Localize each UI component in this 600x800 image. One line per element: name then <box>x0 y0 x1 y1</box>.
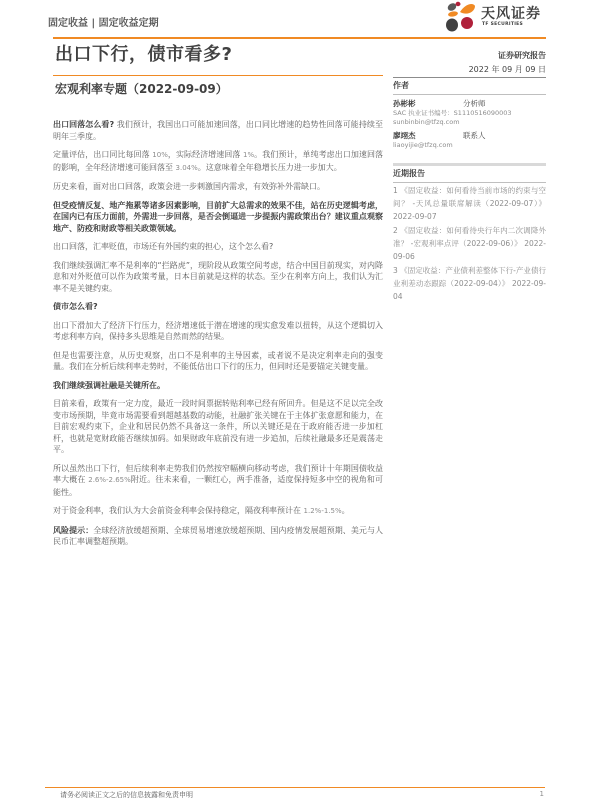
footer-rule <box>45 787 545 788</box>
report-date: 2022 年 09 月 09 日 <box>469 64 546 75</box>
recent-reports-panel: 近期报告 1 《固定收益：如何看待当前市场的约束与空间？ -天风总量联席解读（2… <box>393 163 546 303</box>
paragraph: 我们继续强调汇率不是利率的“拦路虎”，现阶段从政策空间考虑，结合中国目前现实，对… <box>53 260 383 295</box>
recent-report-link[interactable]: 2 《固定收益：如何看待央行年内二次调降外准？ -宏观利率点评（2022-09-… <box>393 224 546 263</box>
recent-report-link[interactable]: 1 《固定收益：如何看待当前市场的约束与空间？ -天风总量联席解读（2022-0… <box>393 184 546 223</box>
author-role: 联系人 <box>463 130 486 141</box>
disclaimer-note: 请务必阅读正文之后的信息披露和免责申明 <box>60 790 193 800</box>
paragraph: 历史来看，面对出口回落，政策会进一步刺激国内需求，有效弥补外需缺口。 <box>53 181 383 193</box>
brand-name-cn: 天风证券 <box>481 3 541 23</box>
author-role: 分析师 <box>463 98 486 109</box>
author-row: 孙彬彬 分析师 <box>393 98 546 109</box>
recent-reports-heading: 近期报告 <box>393 163 546 183</box>
page-number: 1 <box>540 790 544 798</box>
authors-heading: 作者 <box>393 77 546 95</box>
tf-logo-icon <box>443 0 477 34</box>
paragraph-lead: 风险提示： <box>53 526 93 535</box>
paragraph: 出口回落，汇率贬值，市场还有外国约束的担心，这个怎么看? <box>53 241 383 253</box>
risk-warning: 风险提示：全球经济放缓超预期、全球贸易增速放缓超预期、国内疫情发展超预期、美元与… <box>53 525 383 548</box>
paragraph-bold: 但受疫情反复、地产拖累等诸多因素影响，目前扩大总需求的效果不佳，站在历史逻辑考虑… <box>53 200 383 235</box>
category-breadcrumb: 固定收益 | 固定收益定期 <box>48 14 159 29</box>
report-type: 证券研究报告 <box>498 50 546 61</box>
recent-report-link[interactable]: 3 《固定收益：产业债利差整体下行-产业债行业利差动态跟踪（2022-09-04… <box>393 264 546 303</box>
report-body: 出口回落怎么看? 我们预计，我国出口可能加速回落，出口同比增速的趋势性回落可能持… <box>53 119 383 555</box>
brand-name-en: TF SECURITIES <box>482 22 523 27</box>
author-panel: 作者 孙彬彬 分析师 SAC 执业证书编号：S1110516090003 sun… <box>393 77 546 150</box>
report-subtitle: 宏观利率专题（2022-09-09） <box>55 80 228 97</box>
author-cert: SAC 执业证书编号：S1110516090003 <box>393 109 546 118</box>
author-row: 廖翊杰 联系人 <box>393 130 546 141</box>
paragraph: 出口回落怎么看? 我们预计，我国出口可能加速回落，出口同比增速的趋势性回落可能持… <box>53 119 383 142</box>
paragraph: 但是也需要注意，从历史观察，出口不是利率的主导因素，或者说不是决定利率走向的强变… <box>53 350 383 373</box>
author-email[interactable]: sunbinbin@tfzq.com <box>393 118 546 127</box>
paragraph: 定量评估，出口同比每回落 10%，实际经济增速回落 1%。我们预计，单纯考虑出口… <box>53 149 383 174</box>
paragraph-lead: 出口回落怎么看? <box>53 120 114 129</box>
section-heading: 我们继续强调社融是关键所在。 <box>53 380 383 392</box>
page-title: 出口下行，债市看多? <box>55 40 232 66</box>
paragraph: 所以虽然出口下行，但后续利率走势我们仍然按窄幅横向移动考虑，我们预计十年期国债收… <box>53 463 383 499</box>
paragraph: 出口下滑加大了经济下行压力，经济增速低于潜在增速的现实愈发难以扭转，从这个逻辑切… <box>53 320 383 343</box>
section-heading: 债市怎么看? <box>53 301 383 313</box>
author-name: 廖翊杰 <box>393 130 463 141</box>
header-rule <box>53 37 546 39</box>
author-name: 孙彬彬 <box>393 98 463 109</box>
brand-logo: 天风证券 TF SECURITIES <box>443 0 563 34</box>
subtitle-rule <box>53 75 383 76</box>
paragraph: 目前来看，政策有一定力度，最近一段时间票据转贴利率已经有所回升。但是这不足以完全… <box>53 398 383 456</box>
author-email[interactable]: liaoyijie@tfzq.com <box>393 141 546 150</box>
paragraph: 对于资金利率，我们认为大会前资金利率会保持稳定，隔夜利率预计在 1.2%-1.5… <box>53 505 383 518</box>
